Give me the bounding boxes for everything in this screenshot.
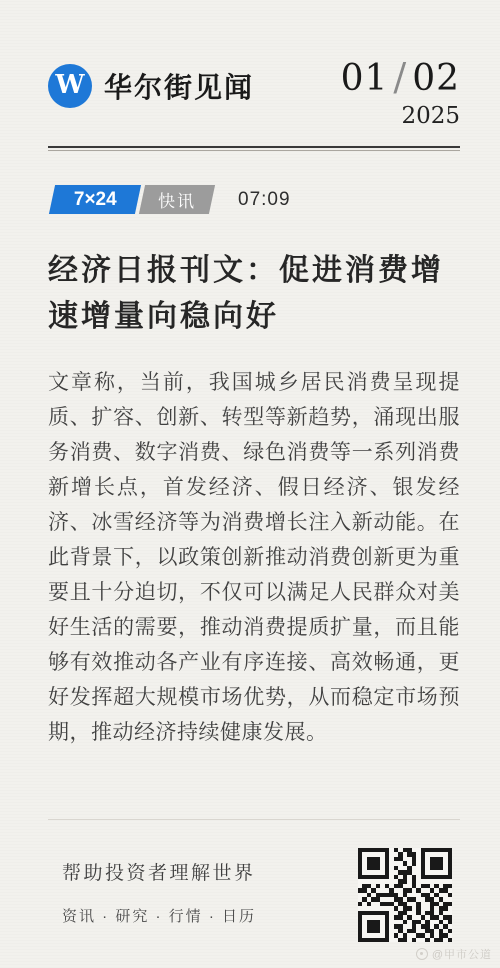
article-body: 文章称，当前，我国城乡居民消费呈现提质、扩容、创新、转型等新趋势，涌现出服务消费… xyxy=(48,365,460,750)
date-month-day: 01/02 xyxy=(341,58,460,97)
footer-text-block: 帮助投资者理解世界 资讯 · 研究 · 行情 · 日历 xyxy=(48,858,256,932)
news-card: W 华尔街见闻 01/02 2025 7×24 快讯 07:09 经济日报刊文：… xyxy=(0,0,500,968)
header-divider xyxy=(48,146,460,151)
footer-tagline: 帮助投资者理解世界 xyxy=(62,858,256,885)
date-year: 2025 xyxy=(341,105,460,128)
badge-kuaixun-label: 快讯 xyxy=(158,187,196,212)
date-separator: / xyxy=(393,55,407,99)
newsflash-row: 7×24 快讯 07:09 xyxy=(48,185,460,214)
date-day: 02 xyxy=(412,58,460,99)
footer-divider xyxy=(48,819,460,820)
footer: 帮助投资者理解世界 资讯 · 研究 · 行情 · 日历 xyxy=(48,819,460,942)
badge-7x24-label: 7×24 xyxy=(74,189,117,211)
qr-code xyxy=(358,848,452,942)
weibo-watermark: @甲市公道 xyxy=(416,946,492,962)
brand-title: 华尔街见闻 xyxy=(104,66,254,106)
weibo-icon xyxy=(416,948,428,960)
logo-letter: W xyxy=(55,72,84,98)
date-month: 01 xyxy=(341,58,389,99)
article-headline: 经济日报刊文：促进消费增速增量向稳向好 xyxy=(48,248,460,340)
brand-block: W 华尔街见闻 xyxy=(48,64,254,108)
timestamp: 07:09 xyxy=(238,189,291,211)
watermark-text: @甲市公道 xyxy=(432,946,492,962)
badge-7x24: 7×24 xyxy=(49,185,141,214)
wallstreetcn-logo-icon: W xyxy=(48,64,92,108)
header: W 华尔街见闻 01/02 2025 xyxy=(48,58,460,128)
badge-kuaixun: 快讯 xyxy=(139,185,215,214)
date-block: 01/02 2025 xyxy=(341,58,460,128)
footer-row: 帮助投资者理解世界 资讯 · 研究 · 行情 · 日历 xyxy=(48,848,460,942)
footer-nav: 资讯 · 研究 · 行情 · 日历 xyxy=(62,905,256,926)
